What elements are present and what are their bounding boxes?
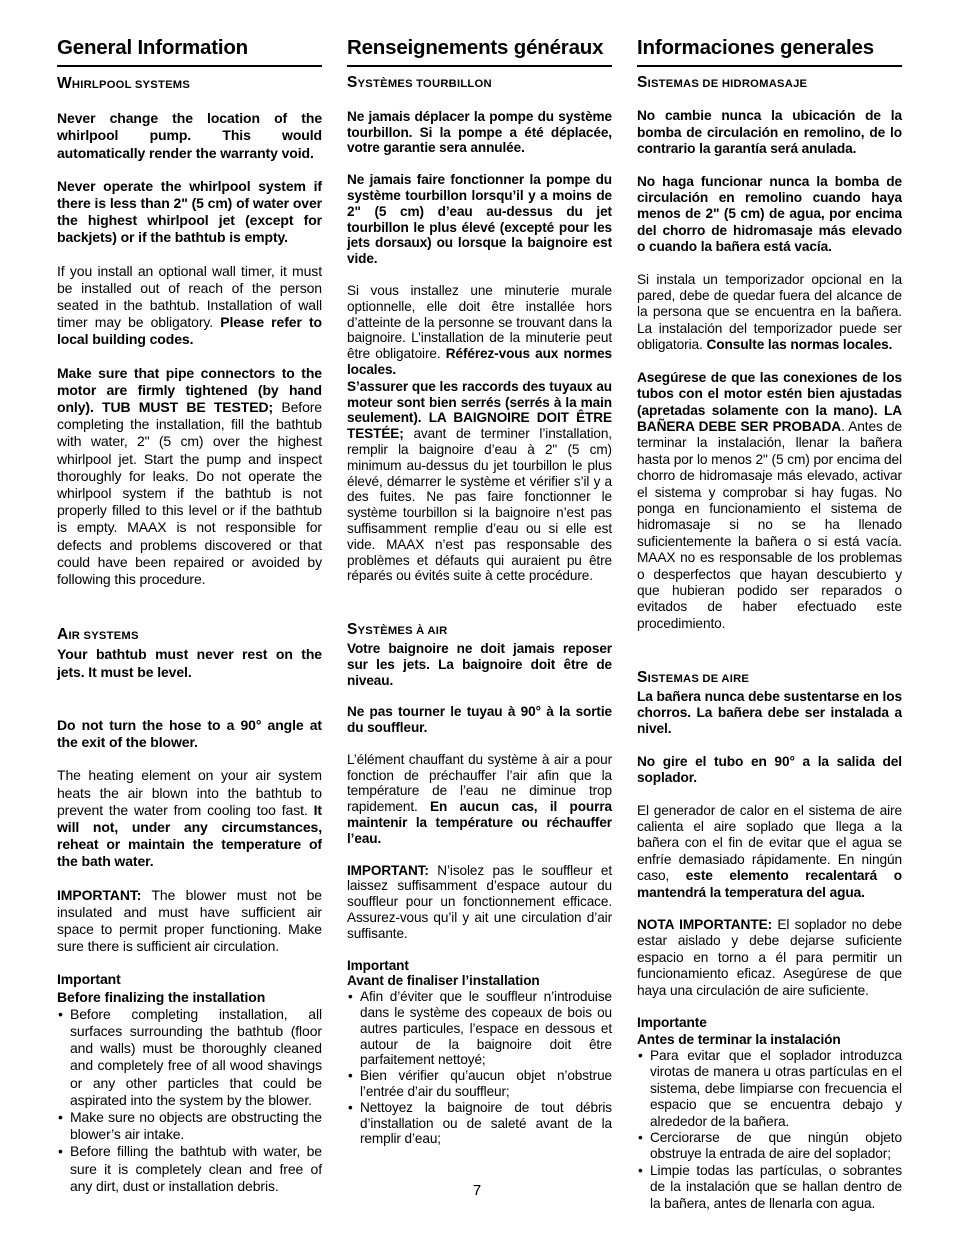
bullet-item: Cerciorarse de que ningún objeto obstruy… <box>637 1130 902 1163</box>
bullet-item: Afin d’éviter que le souffleur n’introdu… <box>347 989 612 1068</box>
subheading-sistemas-de-hidromasaje: Sistemas de hidromasaje <box>637 75 902 92</box>
subheading-whirlpool-systems: Whirlpool systems <box>57 75 322 94</box>
title-renseignements-generaux: Renseignements généraux <box>347 36 612 67</box>
paragraph-temporizador: Si instala un temporizador opcional en l… <box>637 272 902 354</box>
bullet-text: Nettoyez la baignoire de tout débris d’i… <box>360 1100 612 1147</box>
paragraph-tub-must-be-tested: Make sure that pipe connectors to the mo… <box>57 365 322 589</box>
importante-label: Importante <box>637 1015 902 1031</box>
bullet-text: Afin d’éviter que le souffleur n’introdu… <box>360 989 612 1067</box>
paragraph-ne-jamais-faire: Ne jamais faire fonctionner la pompe du … <box>347 172 612 267</box>
paragraph-no-haga-funcionar: No haga funcionar nunca la bomba de circ… <box>637 174 902 256</box>
bullet-list: Afin d’éviter que le souffleur n’introdu… <box>347 989 612 1147</box>
subheading-sistemas-de-aire: Sistemas de aire <box>637 670 902 687</box>
paragraph-ne-jamais-deplacer: Ne jamais déplacer la pompe du système t… <box>347 109 612 156</box>
paragraph-hose-angle: Do not turn the hose to a 90° angle at t… <box>57 717 322 751</box>
paragraph-no-gire-tubo: No gire el tubo en 90° a la salida del s… <box>637 754 902 787</box>
before-finalizing-label: Before finalizing the installation <box>57 989 322 1006</box>
bullet-item: Para evitar que el soplador introduzca v… <box>637 1048 902 1130</box>
paragraph-banera-probada: Asegúrese de que las conexiones de los t… <box>637 370 902 633</box>
paragraph-nunca-sustentarse: La bañera nunca debe sustentarse en los … <box>637 689 902 738</box>
bullet-item: Nettoyez la baignoire de tout débris d’i… <box>347 1100 612 1147</box>
bullet-item: Make sure no objects are obstructing the… <box>57 1109 322 1143</box>
paragraph-nota-importante: NOTA IMPORTANTE: El soplador no debe est… <box>637 917 902 999</box>
avant-de-finaliser-label: Avant de finaliser l’installation <box>347 973 612 989</box>
bullet-text: Bien vérifier qu’aucun objet n’obstrue l… <box>360 1068 612 1099</box>
bullet-text: Para evitar que el soplador introduzca v… <box>650 1048 902 1129</box>
paragraph-never-operate: Never operate the whirlpool system if th… <box>57 178 322 247</box>
paragraph-never-change-location: Never change the location of the whirlpo… <box>57 110 322 162</box>
paragraph-never-rest-on-jets: Your bathtub must never rest on the jets… <box>57 646 322 680</box>
paragraph-heating-element: The heating element on your air system h… <box>57 767 322 870</box>
paragraph-important-blower: IMPORTANT: The blower must not be insula… <box>57 887 322 956</box>
paragraph-ne-pas-tourner: Ne pas tourner le tuyau à 90° à la sorti… <box>347 704 612 736</box>
bullet-text: Before completing installation, all surf… <box>70 1006 322 1108</box>
paragraph-generador-de-calor: El generador de calor en el sistema de a… <box>637 803 902 901</box>
page-number: 7 <box>0 1182 954 1199</box>
bullet-item: Before completing installation, all surf… <box>57 1006 322 1109</box>
paragraph-baignoire-testee: S’assurer que les raccords des tuyaux au… <box>347 379 612 584</box>
title-general-information: General Information <box>57 36 322 67</box>
important-label: Important <box>57 971 322 988</box>
manual-page: General Information Whirlpool systems Ne… <box>0 0 954 1235</box>
paragraph-important-souffleur: IMPORTANT: N’isolez pas le souffleur et … <box>347 863 612 942</box>
column-french: Renseignements généraux Systèmes tourbil… <box>347 36 612 1212</box>
subheading-systemes-tourbillon: Systèmes tourbillon <box>347 75 612 93</box>
three-column-layout: General Information Whirlpool systems Ne… <box>57 36 907 1212</box>
paragraph-element-chauffant: L’élément chauffant du système à air a p… <box>347 752 612 847</box>
bullet-list: Before completing installation, all surf… <box>57 1006 322 1195</box>
bullet-item: Bien vérifier qu’aucun objet n’obstrue l… <box>347 1068 612 1100</box>
paragraph-no-cambie-ubicacion: No cambie nunca la ubicación de la bomba… <box>637 108 902 157</box>
title-informaciones-generales: Informaciones generales <box>637 36 902 67</box>
important-label: Important <box>347 958 612 974</box>
subheading-systemes-a-air: Systèmes à air <box>347 622 612 640</box>
paragraph-wall-timer: If you install an optional wall timer, i… <box>57 263 322 349</box>
paragraph-ne-doit-jamais-reposer: Votre baignoire ne doit jamais reposer s… <box>347 641 612 688</box>
subheading-air-systems: Air systems <box>57 626 322 645</box>
column-spanish: Informaciones generales Sistemas de hidr… <box>637 36 902 1212</box>
bullet-text: Make sure no objects are obstructing the… <box>70 1109 322 1142</box>
bullet-text: Cerciorarse de que ningún objeto obstruy… <box>650 1130 902 1161</box>
antes-de-terminar-label: Antes de terminar la instalación <box>637 1032 902 1048</box>
paragraph-minuterie-murale: Si vous installez une minuterie murale o… <box>347 283 612 378</box>
column-english: General Information Whirlpool systems Ne… <box>57 36 322 1212</box>
